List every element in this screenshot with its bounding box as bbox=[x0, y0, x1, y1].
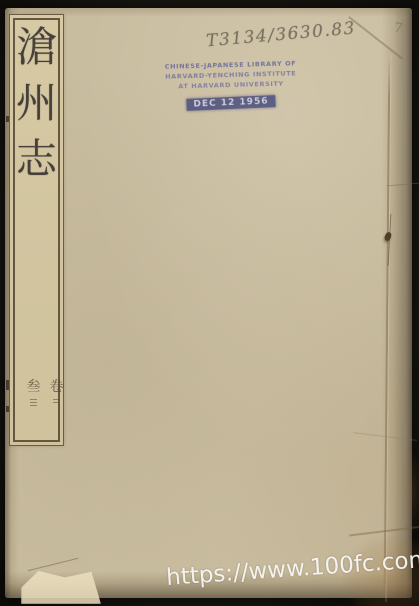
library-stamp: CHINESE-JAPANESE LIBRARY OF HARVARD-YENC… bbox=[154, 58, 307, 111]
left-edge-speck bbox=[6, 380, 9, 390]
right-edge-stain bbox=[401, 448, 419, 538]
volume-marks: 卷 叁 bbox=[19, 376, 71, 406]
book-title-vertical: 滄 州 志 bbox=[15, 26, 58, 181]
volume-char-right: 卷 bbox=[50, 376, 64, 396]
volume-mark-right: 卷 bbox=[50, 376, 64, 406]
left-edge-speck bbox=[6, 116, 9, 122]
photo-stage: 滄 州 志 卷 叁 T3134/3630.83 bbox=[0, 0, 419, 606]
title-label: 滄 州 志 卷 叁 bbox=[9, 14, 64, 446]
volume-mark-left: 叁 bbox=[27, 376, 41, 406]
title-char-1: 滄 bbox=[16, 26, 57, 69]
title-label-border: 滄 州 志 卷 叁 bbox=[13, 18, 60, 442]
book-cover: 滄 州 志 卷 叁 T3134/3630.83 bbox=[5, 8, 412, 598]
volume-char-left: 叁 bbox=[27, 376, 41, 396]
title-char-2: 州 bbox=[16, 82, 57, 125]
left-edge-speck bbox=[6, 406, 9, 412]
volume-submarks-right bbox=[53, 399, 60, 403]
volume-submarks-left bbox=[30, 399, 37, 406]
title-char-3: 志 bbox=[16, 138, 57, 181]
